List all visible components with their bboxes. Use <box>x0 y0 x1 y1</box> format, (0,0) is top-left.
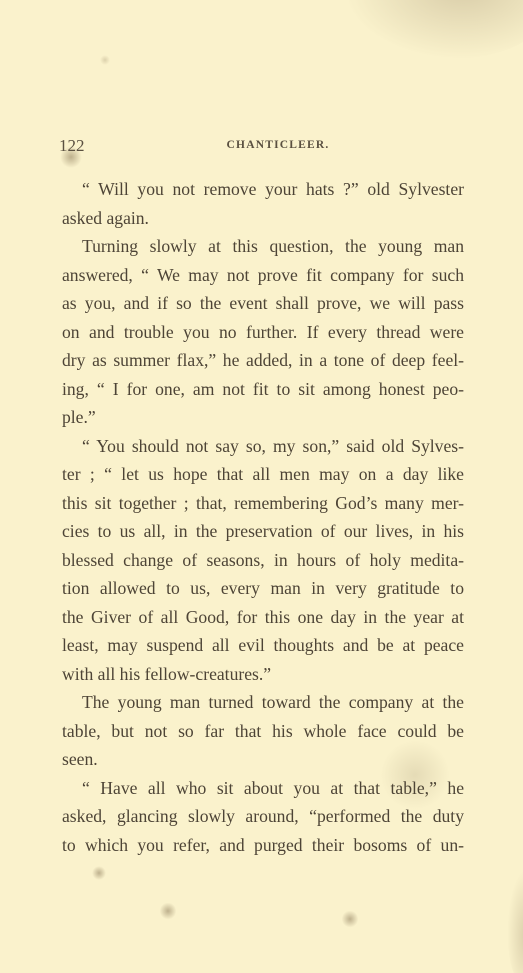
text-line: “ Will you not remove your hats ?” old S… <box>62 175 464 204</box>
text-line: ter ; “ let us hope that all men may on … <box>62 460 464 489</box>
text-line: asked again. <box>62 204 464 233</box>
text-line: this sit together ; that, remembering Go… <box>62 489 464 518</box>
text-line: the Giver of all Good, for this one day … <box>62 603 464 632</box>
text-line: ple.” <box>62 403 464 432</box>
text-line: answered, “ We may not prove fit company… <box>62 261 464 290</box>
text-line: table, but not so far that his whole fac… <box>62 717 464 746</box>
text-line: cies to us all, in the preservation of o… <box>62 517 464 546</box>
book-page: 122 CHANTICLEER. “ Will you not remove y… <box>0 0 523 973</box>
running-title: CHANTICLEER. <box>56 139 486 151</box>
text-line: “ Have all who sit about you at that tab… <box>62 774 464 803</box>
text-line: “ You should not say so, my son,” said o… <box>62 432 464 461</box>
body-text: “ Will you not remove your hats ?” old S… <box>62 175 464 859</box>
text-line: blessed change of seasons, in hours of h… <box>62 546 464 575</box>
text-line: asked, glancing slowly around, “performe… <box>62 802 464 831</box>
text-line: seen. <box>62 745 464 774</box>
text-line: tion allowed to us, every man in very gr… <box>62 574 464 603</box>
text-line: as you, and if so the event shall prove,… <box>62 289 464 318</box>
text-line: ing, “ I for one, am not fit to sit amon… <box>62 375 464 404</box>
text-line: Turning slowly at this question, the you… <box>62 232 464 261</box>
running-head: 122 CHANTICLEER. <box>56 136 486 156</box>
text-line: with all his fellow-creatures.” <box>62 660 464 689</box>
text-line: dry as summer flax,” he added, in a tone… <box>62 346 464 375</box>
text-line: The young man turned toward the company … <box>62 688 464 717</box>
text-line: least, may suspend all evil thoughts and… <box>62 631 464 660</box>
text-line: to which you refer, and purged their bos… <box>62 831 464 860</box>
text-line: on and trouble you no further. If every … <box>62 318 464 347</box>
